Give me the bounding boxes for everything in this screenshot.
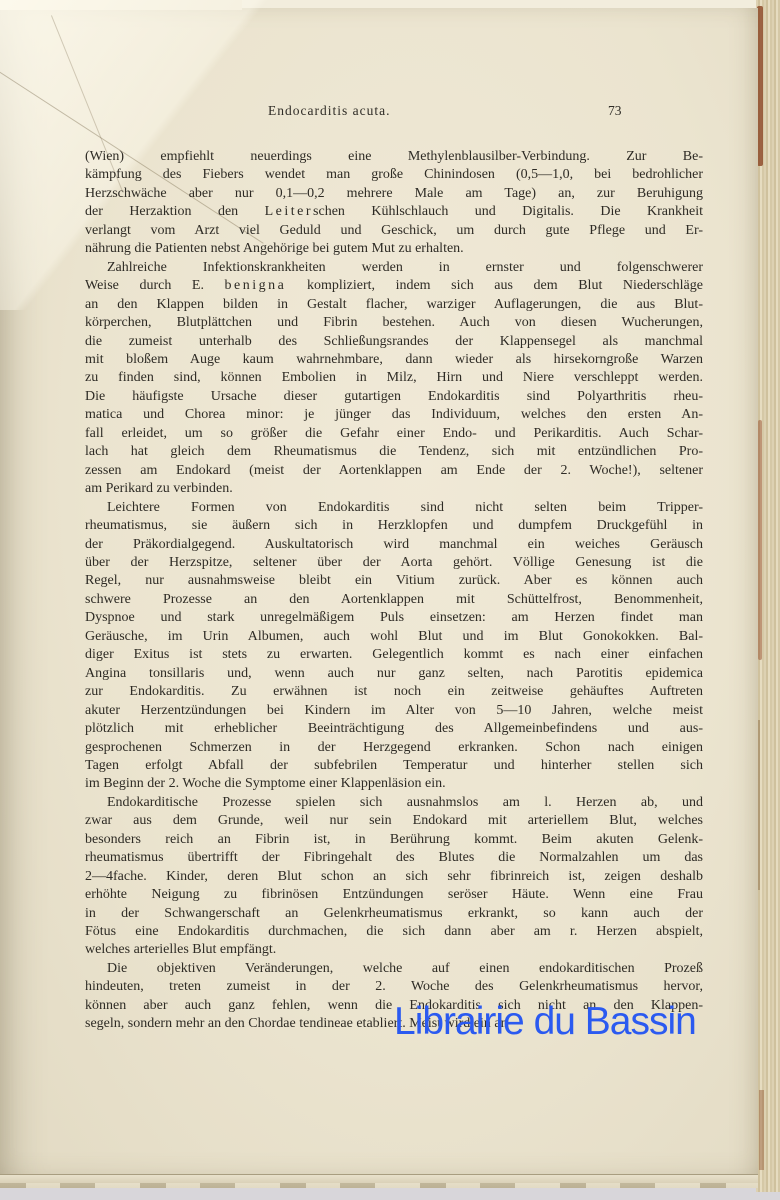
text-line: schwere Prozesse an den Aortenklappen mi… (85, 591, 703, 609)
text-line: mit bloßem Auge kaum wahrnehmbare, dann … (85, 351, 703, 369)
letterspaced-term: benigna (225, 278, 287, 293)
text-line: am Perikard zu verbinden. (85, 480, 703, 498)
text-line: (Wien) empfiehlt neuerdings eine Methyle… (85, 148, 703, 166)
text-run: Weise durch E. (85, 278, 225, 293)
text-line: Regel, nur ausnahmsweise bleibt ein Viti… (85, 572, 703, 590)
text-line: gesprochenen Schmerzen in der Herzgegend… (85, 739, 703, 757)
text-line: kämpfung des Fiebers wendet man große Ch… (85, 166, 703, 184)
text-line: welches arterielles Blut empfängt. (85, 941, 703, 959)
text-run: der Herzaktion den (85, 204, 265, 219)
running-head-title: Endocarditis acuta. (268, 103, 390, 119)
text-line: zur Endokarditis. Zu erwähnen ist noch e… (85, 683, 703, 701)
text-line: Geräusche, im Urin Albumen, auch wohl Bl… (85, 628, 703, 646)
text-line: Die häufigste Ursache dieser gutartigen … (85, 388, 703, 406)
text-line: fall erleidet, um so größer die Gefahr e… (85, 425, 703, 443)
text-line: Tagen erfolgt Abfall der subfebrilen Tem… (85, 757, 703, 775)
body-text-block: (Wien) empfiehlt neuerdings eine Methyle… (85, 148, 703, 1034)
text-line: lach hat gleich dem Rheumatismus die Ten… (85, 443, 703, 461)
book-fore-edge (756, 0, 780, 1192)
text-line: Dyspnoe und stark unregelmäßigem Puls ei… (85, 609, 703, 627)
text-line: besonders reich an Fibrin ist, in Berühr… (85, 831, 703, 849)
text-line: an den Klappen bilden in Gestalt flacher… (85, 296, 703, 314)
fore-edge-streak (758, 420, 762, 660)
text-line: der Herzaktion den Leiterschen Kühlschla… (85, 203, 703, 221)
text-line: zessen am Endokard (meist der Aortenklap… (85, 462, 703, 480)
text-line: der Präkordialgegend. Auskultatorisch wi… (85, 536, 703, 554)
text-line: akuter Herzentzündungen bei Kindern im A… (85, 702, 703, 720)
text-line: rheumatismus übertrifft der Fibringehalt… (85, 849, 703, 867)
book-page-photo: Endocarditis acuta. 73 (Wien) empfiehlt … (0, 0, 780, 1200)
text-line: erhöhte Neigung zu fibrinösen Entzündung… (85, 886, 703, 904)
text-line: nährung die Patienten nebst Angehörige b… (85, 240, 703, 258)
text-line: 2—4fache. Kinder, deren Blut schon an si… (85, 868, 703, 886)
text-line: hindeuten, treten zumeist in der 2. Woch… (85, 978, 703, 996)
text-line: zwar aus dem Grunde, weil nur sein Endok… (85, 812, 703, 830)
text-line: in der Schwangerschaft an Gelenkrheumati… (85, 905, 703, 923)
text-line: Leichtere Formen von Endokarditis sind n… (85, 499, 703, 517)
text-line: diger Exitus ist stets zu erwarten. Gele… (85, 646, 703, 664)
fore-edge-streak (759, 1090, 764, 1170)
text-line: Fötus eine Endokarditis durchmachen, die… (85, 923, 703, 941)
text-line: zu finden sind, können Embolien in Milz,… (85, 369, 703, 387)
text-line: plötzlich mit erheblicher Beeinträchtigu… (85, 720, 703, 738)
creased-corner (0, 0, 242, 10)
text-line: rheumatismus, sie äußern sich in Herzklo… (85, 517, 703, 535)
text-line: Angina tonsillaris und, wenn auch nur ga… (85, 665, 703, 683)
text-run: schen Kühlschlauch und Digitalis. Die Kr… (313, 204, 703, 219)
text-line: körperchen, Blutplättchen und Fibrin bes… (85, 314, 703, 332)
bookseller-watermark: Librairie du Bassin (394, 1000, 696, 1044)
text-run: kompliziert, indem sich aus dem Blut Nie… (286, 278, 703, 293)
text-line: Zahlreiche Infektionskrankheiten werden … (85, 259, 703, 277)
text-line: verlangt vom Arzt viel Geduld und Geschi… (85, 222, 703, 240)
text-line: Endokarditische Prozesse spielen sich au… (85, 794, 703, 812)
text-line: Herzschwäche aber nur 0,1—0,2 mehrere Ma… (85, 185, 703, 203)
text-line: die zumeist unterhalb des Schließungsran… (85, 333, 703, 351)
text-line: Weise durch E. benigna kompliziert, inde… (85, 277, 703, 295)
text-line: über der Herzspitze, seltener über der A… (85, 554, 703, 572)
text-line: matica und Chorea minor: je jünger das I… (85, 406, 703, 424)
page-bottom-edge (0, 1174, 758, 1188)
text-line: im Beginn der 2. Woche die Symptome eine… (85, 775, 703, 793)
letterspaced-term: Leiter (265, 204, 313, 219)
page-number: 73 (608, 103, 622, 119)
text-line: Die objektiven Veränderungen, welche auf… (85, 960, 703, 978)
